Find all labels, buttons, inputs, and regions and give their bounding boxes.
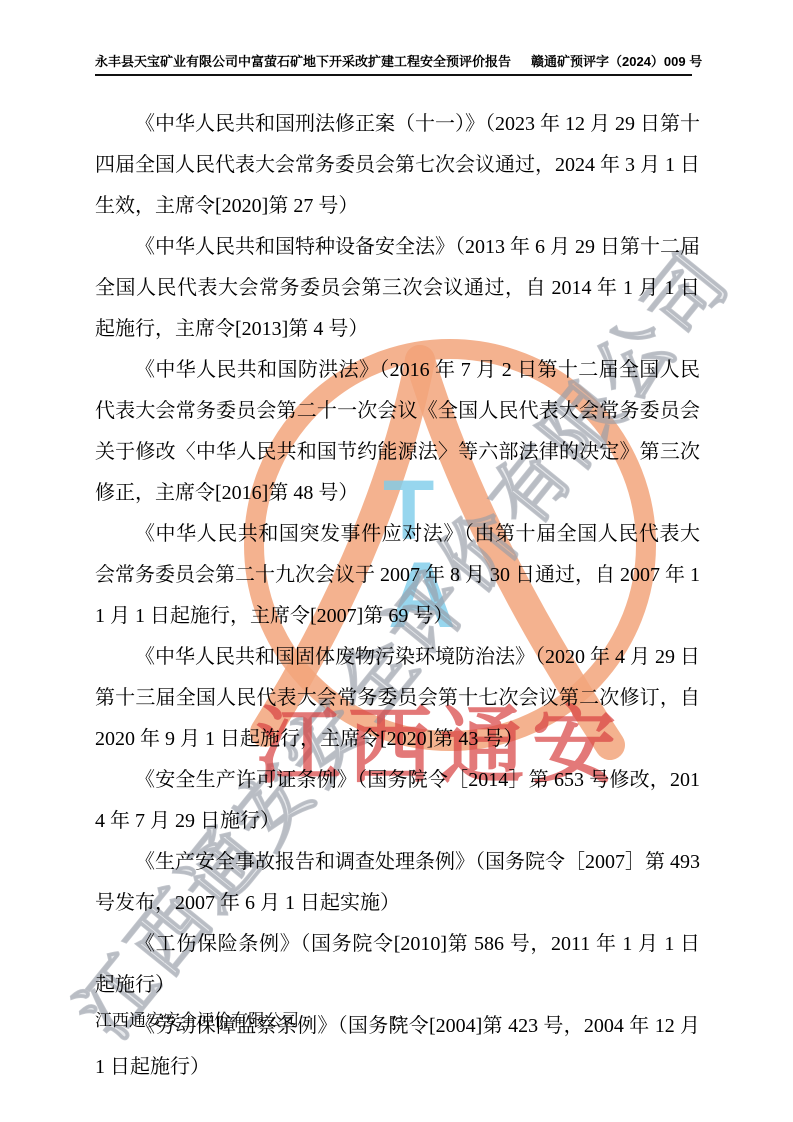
page-number: 13 — [0, 1014, 793, 1032]
legal-reference-paragraph: 《中华人民共和国刑法修正案（十一）》（2023 年 12 月 29 日第十四届全… — [95, 104, 700, 227]
legal-reference-paragraph: 《工伤保险条例》（国务院令[2010]第 586 号，2011 年 1 月 1 … — [95, 924, 700, 1006]
legal-reference-paragraph: 《中华人民共和国特种设备安全法》（2013 年 6 月 29 日第十二届全国人民… — [95, 227, 700, 350]
legal-reference-paragraph: 《安全生产许可证条例》（国务院令［2014］第 653 号修改，2014 年 7… — [95, 760, 700, 842]
page-content: 永丰县天宝矿业有限公司中富萤石矿地下开采改扩建工程安全预评价报告 赣通矿预评字（… — [0, 0, 793, 1122]
page-header: 永丰县天宝矿业有限公司中富萤石矿地下开采改扩建工程安全预评价报告 赣通矿预评字（… — [95, 54, 692, 76]
document-page: T A 江西通安安全评价有限公司 江西通安 永丰县天宝矿业有限公司中富萤石矿地下… — [0, 0, 793, 1122]
legal-reference-paragraph: 《中华人民共和国防洪法》（2016 年 7 月 2 日第十二届全国人民代表大会常… — [95, 350, 700, 514]
legal-reference-paragraph: 《生产安全事故报告和调查处理条例》（国务院令［2007］第 493 号发布，20… — [95, 842, 700, 924]
body-text: 《中华人民共和国刑法修正案（十一）》（2023 年 12 月 29 日第十四届全… — [95, 104, 700, 1088]
legal-reference-paragraph: 《中华人民共和国固体废物污染环境防治法》（2020 年 4 月 29 日第十三届… — [95, 637, 700, 760]
legal-reference-paragraph: 《中华人民共和国突发事件应对法》（由第十届全国人民代表大会常务委员会第二十九次会… — [95, 514, 700, 637]
document-number: 赣通矿预评字（2024）009 号 — [531, 54, 702, 70]
report-title: 永丰县天宝矿业有限公司中富萤石矿地下开采改扩建工程安全预评价报告 — [95, 54, 511, 70]
